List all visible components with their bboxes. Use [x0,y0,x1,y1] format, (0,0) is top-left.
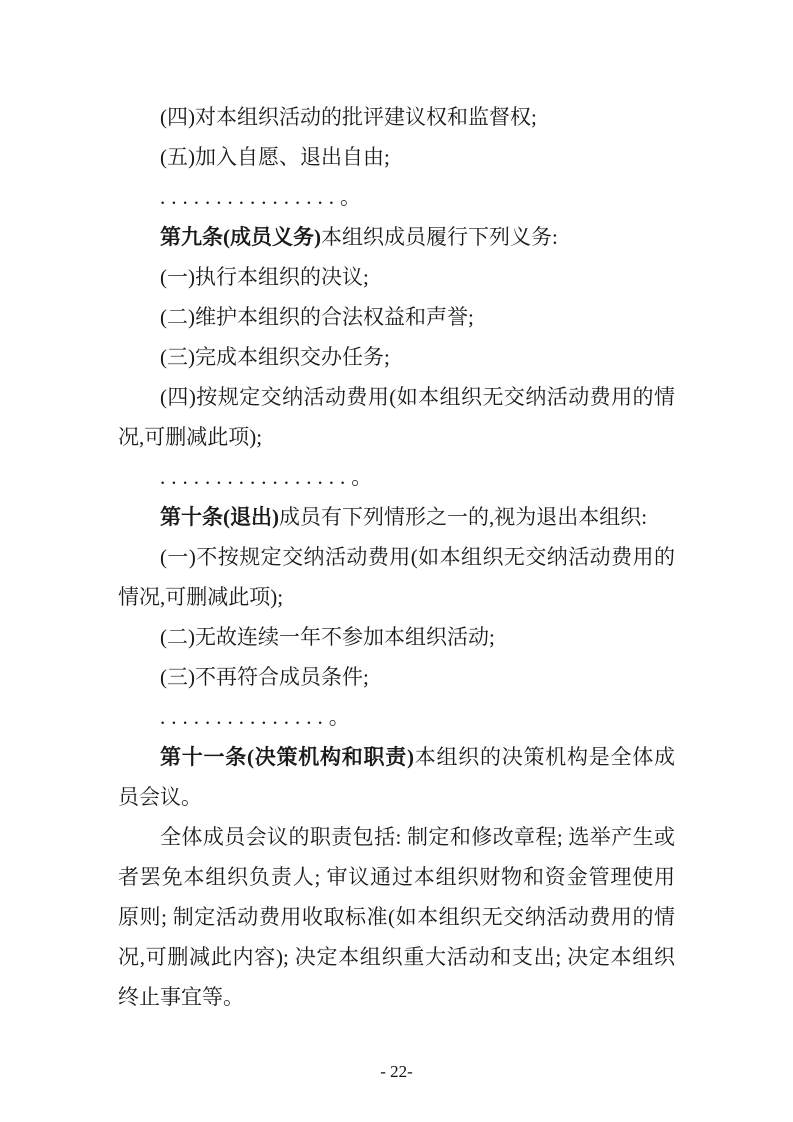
text-run: (三)完成本组织交办任务; [160,345,390,369]
dotted-ellipsis-paragraph: .................。 [118,457,675,497]
paragraph: 第十一条(决策机构和职责)本组织的决策机构是全体成员会议。 [118,737,675,817]
paragraph: 第十条(退出)成员有下列情形之一的,视为退出本组织: [118,497,675,537]
text-run: (二)无故连续一年不参加本组织活动; [160,625,495,649]
text-run: (四)对本组织活动的批评建议权和监督权; [160,105,537,129]
text-run: 。 [340,185,361,209]
text-run: 。 [351,465,372,489]
page-number: - 22- [0,1060,793,1084]
text-run: 。 [329,705,350,729]
paragraph: (五)加入自愿、退出自由; [118,137,675,177]
dotted-ellipsis-paragraph: ................。 [118,177,675,217]
text-run: (二)维护本组织的合法权益和声誉; [160,305,474,329]
paragraph: (四)对本组织活动的批评建议权和监督权; [118,97,675,137]
paragraph: 全体成员会议的职责包括: 制定和修改章程; 选举产生或者罢免本组织负责人; 审议… [118,817,675,1017]
document-body: (四)对本组织活动的批评建议权和监督权;(五)加入自愿、退出自由;.......… [118,97,675,1017]
paragraph: (四)按规定交纳活动费用(如本组织无交纳活动费用的情况,可删减此项); [118,377,675,457]
article-heading-run: 第十条(退出) [160,505,279,529]
text-run: 全体成员会议的职责包括: 制定和修改章程; 选举产生或者罢免本组织负责人; 审议… [118,825,675,1009]
text-run: (一)不按规定交纳活动费用(如本组织无交纳活动费用的情况,可删减此项); [118,545,675,609]
paragraph: (二)无故连续一年不参加本组织活动; [118,617,675,657]
paragraph: (三)完成本组织交办任务; [118,337,675,377]
dots-run: ................ [160,185,340,209]
text-run: 本组织成员履行下列义务: [321,225,558,249]
paragraph: (三)不再符合成员条件; [118,657,675,697]
dots-run: ................. [160,465,351,489]
article-heading-run: 第九条(成员义务) [160,225,321,249]
dotted-ellipsis-paragraph: ...............。 [118,697,675,737]
paragraph: (二)维护本组织的合法权益和声誉; [118,297,675,337]
document-page: (四)对本组织活动的批评建议权和监督权;(五)加入自愿、退出自由;.......… [0,0,793,1122]
text-run: (三)不再符合成员条件; [160,665,369,689]
paragraph: (一)执行本组织的决议; [118,257,675,297]
article-heading-run: 第十一条(决策机构和职责) [160,745,414,769]
text-run: 成员有下列情形之一的,视为退出本组织: [279,505,647,529]
dots-run: ............... [160,705,329,729]
text-run: (五)加入自愿、退出自由; [160,145,390,169]
text-run: (四)按规定交纳活动费用(如本组织无交纳活动费用的情况,可删减此项); [118,385,675,449]
paragraph: (一)不按规定交纳活动费用(如本组织无交纳活动费用的情况,可删减此项); [118,537,675,617]
paragraph: 第九条(成员义务)本组织成员履行下列义务: [118,217,675,257]
text-run: (一)执行本组织的决议; [160,265,369,289]
